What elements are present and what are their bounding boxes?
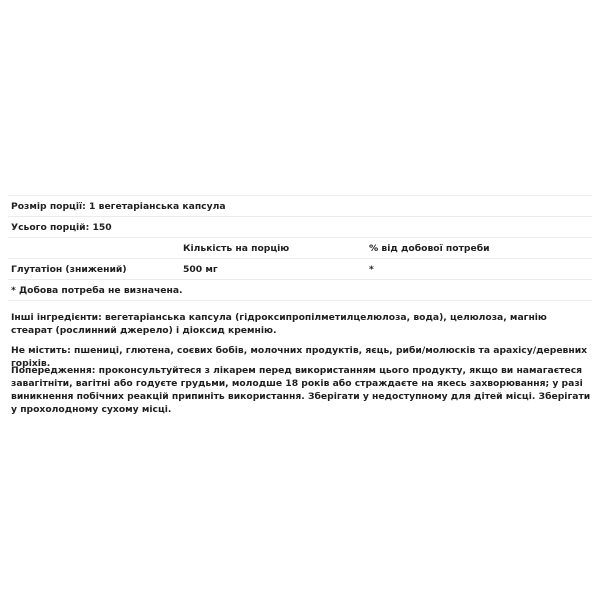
- ingredient-name: Глутатіон (знижений): [8, 259, 180, 280]
- footnote: * Добова потреба не визначена.: [8, 280, 592, 301]
- supplement-facts-table: Розмір порції: 1 вегетаріанська капсула …: [8, 195, 592, 301]
- ingredient-daily-value: *: [366, 259, 592, 280]
- header-daily-value: % від добової потреби: [366, 238, 592, 259]
- footnote-row: * Добова потреба не визначена.: [8, 280, 592, 301]
- serving-size-row: Розмір порції: 1 вегетаріанська капсула: [8, 196, 592, 217]
- other-ingredients: Інші інгредієнти: вегетаріанська капсула…: [11, 311, 591, 337]
- header-ingredient: [8, 238, 180, 259]
- servings-total: Усього порцій: 150: [8, 217, 592, 238]
- ingredient-amount: 500 мг: [180, 259, 366, 280]
- warning-text: Попередження: проконсультуйтеся з лікаре…: [11, 364, 591, 416]
- table-row: Глутатіон (знижений) 500 мг *: [8, 259, 592, 280]
- serving-size: Розмір порції: 1 вегетаріанська капсула: [8, 196, 592, 217]
- table-header-row: Кількість на порцію % від добової потреб…: [8, 238, 592, 259]
- header-amount: Кількість на порцію: [180, 238, 366, 259]
- servings-total-row: Усього порцій: 150: [8, 217, 592, 238]
